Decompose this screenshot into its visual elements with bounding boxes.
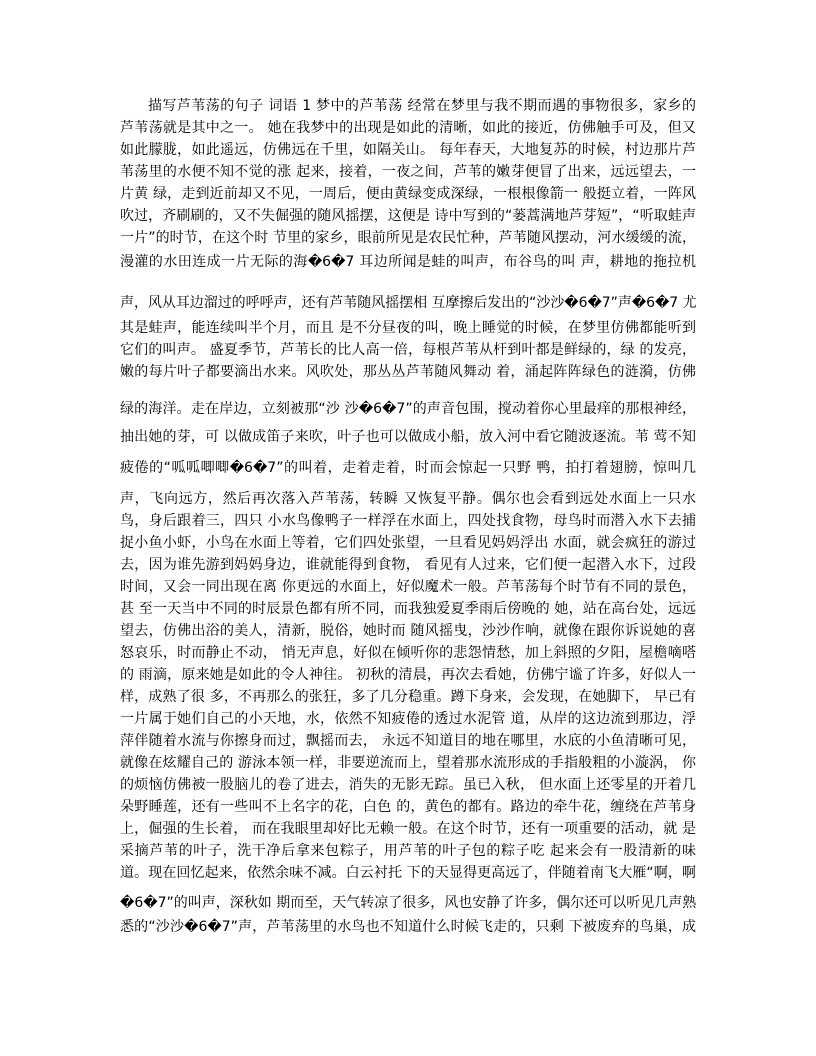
text-line: 如此朦胧，如此遥远，仿佛远在千里，如隔关山。 每年春天，大地复苏的时候，村边那片… — [120, 141, 696, 159]
text-line: 鸟，身后跟着三，四只 小水鸟像鸭子一样浮在水面上，四处找食物，母鸟时而潜入水下去… — [120, 512, 696, 530]
text-line: 疲倦的“呱呱唧唧�6�7”的叫着，走着走着，时而会惊起一只野 鸭，拍打着翅膀，惊… — [120, 459, 696, 477]
text-line: 绿的海洋。走在岸边，立刻被那“沙 沙�6�7”的声音包围，搅动着你心里最痒的那根… — [120, 400, 696, 418]
text-line: 去，因为谁先游到妈妈身边，谁就能得到食物， 看见有人过来，它们便一起潜入水下，过… — [120, 556, 696, 574]
text-line: 朵野睡莲，还有一些叫不上名字的花，白色 的，黄色的都有。路边的牵牛花，缠绕在芦苇… — [120, 798, 696, 816]
text-line: 片黄 绿，走到近前却又不见，一周后，便由黄绿变成深绿，一根根像箭一 般挺立着，一… — [120, 185, 696, 203]
text-line: 其是蛙声，能连续叫半个月，而且 是不分昼夜的叫，晚上睡觉的时候，在梦里仿佛都能听… — [120, 319, 696, 337]
text-line: 甚 至一天当中不同的时辰景色都有所不同，而我独爱夏季雨后傍晚的 她，站在高台处，… — [120, 600, 696, 618]
text-line: 一片”的时节，在这个时 节里的家乡，眼前所见是农民忙种，芦苇随风摆动，河水缓缓的… — [120, 229, 696, 247]
text-line: 的 雨滴，原来她是如此的令人神往。 初秋的清晨，再次去看她，仿佛宁谧了许多，好似… — [120, 666, 696, 684]
text-line: 道。现在回忆起来，依然余味不减。白云衬托 下的天显得更高远了，伴随着南飞大雁“啊… — [120, 864, 696, 882]
text-line: 声，飞向远方，然后再次落入芦苇荡，转瞬 又恢复平静。偶尔也会看到远处水面上一只水 — [120, 490, 696, 508]
text-line: 一片属于她们自己的小天地，水，依然不知疲倦的透过水泥管 道，从岸的这边流到那边，… — [120, 710, 696, 728]
text-line: 抽出她的芽，可 以做成笛子来吹，叶子也可以做成小船，放入河中看它随波逐流。苇 莺… — [120, 428, 696, 446]
text-line: 萍伴随着水流与你擦身而过，飘摇而去， 永远不知道目的地在哪里，水底的小鱼清晰可见… — [120, 732, 696, 750]
text-line: 嫩的每片叶子都要滴出水来。风吹处，那丛丛芦苇随风舞动 着，涌起阵阵绿色的涟漪，仿… — [120, 363, 696, 381]
text-line: �6�7”的叫声，深秋如 期而至，天气转凉了很多，风也安静了许多，偶尔还可以听见… — [120, 894, 696, 912]
text-line: 苇荡里的水便不知不觉的涨 起来，接着，一夜之间，芦苇的嫩芽便冒了出来，远远望去，… — [120, 163, 696, 181]
text-line: 采摘芦苇的叶子，洗干净后拿来包粽子，用芦苇的叶子包的粽子吃 起来会有一股清新的味 — [120, 842, 696, 860]
text-line: 芦苇荡就是其中之一。 她在我梦中的出现是如此的清晰，如此的接近，仿佛触手可及，但… — [120, 119, 696, 137]
text-line: 样，成熟了很 多，不再那么的张狂，多了几分稳重。蹲下身来，会发现，在她脚下， 早… — [120, 688, 696, 706]
text-line: 漫灌的水田连成一片无际的海�6�7 耳边所闻是蛙的叫声，布谷鸟的叫 声，耕地的拖… — [120, 253, 696, 271]
text-line: 它们的叫声。 盛夏季节，芦苇长的比人高一倍，每根芦苇从杆到叶都是鲜绿的，绿 的发… — [120, 341, 696, 359]
text-line: 吹过，齐刷刷的，又不失倔强的随风摇摆，这便是 诗中写到的“蒌蒿满地芦芽短”，“听… — [120, 207, 696, 225]
text-line: 上，倔强的生长着， 而在我眼里却好比无赖一般。在这个时节，还有一项重要的活动，就… — [120, 820, 696, 838]
document-page: 描写芦苇荡的句子 词语 1 梦中的芦苇荡 经常在梦里与我不期而遇的事物很多，家乡… — [0, 0, 816, 1056]
text-line: 怒哀乐，时而静止不动， 悄无声息，好似在倾听你的悲怨情愁，加上斜照的夕阳，屋檐嘀… — [120, 644, 696, 662]
text-line: 的烦恼仿佛被一股脑儿的卷了进去，消失的无影无踪。虽已入秋， 但水面上还零星的开着… — [120, 776, 696, 794]
text-line: 悉的“沙沙�6�7”声，芦苇荡里的水鸟也不知道什么时候飞走的，只剩 下被废弃的鸟… — [120, 918, 696, 936]
text-line: 望去，仿佛出浴的美人，清新，脱俗，她时而 随风摇曳，沙沙作响，就像在跟你诉说她的… — [120, 622, 696, 640]
text-line: 声，风从耳边溜过的呼呼声，还有芦苇随风摇摆相 互摩擦后发出的“沙沙�6�7”声�… — [120, 294, 696, 312]
text-line: 时间，又会一同出现在离 你更远的水面上，好似魔术一般。芦苇荡每个时节有不同的景色… — [120, 578, 696, 596]
text-line: 捉小鱼小虾，小鸟在水面上等着，它们四处张望，一旦看见妈妈浮出 水面，就会疯狂的游… — [120, 534, 696, 552]
text-line: 描写芦苇荡的句子 词语 1 梦中的芦苇荡 经常在梦里与我不期而遇的事物很多，家乡… — [148, 97, 696, 115]
text-line: 就像在炫耀自己的 游泳本领一样，非要逆流而上，望着那水流形成的手指般粗的小漩涡，… — [120, 754, 696, 772]
